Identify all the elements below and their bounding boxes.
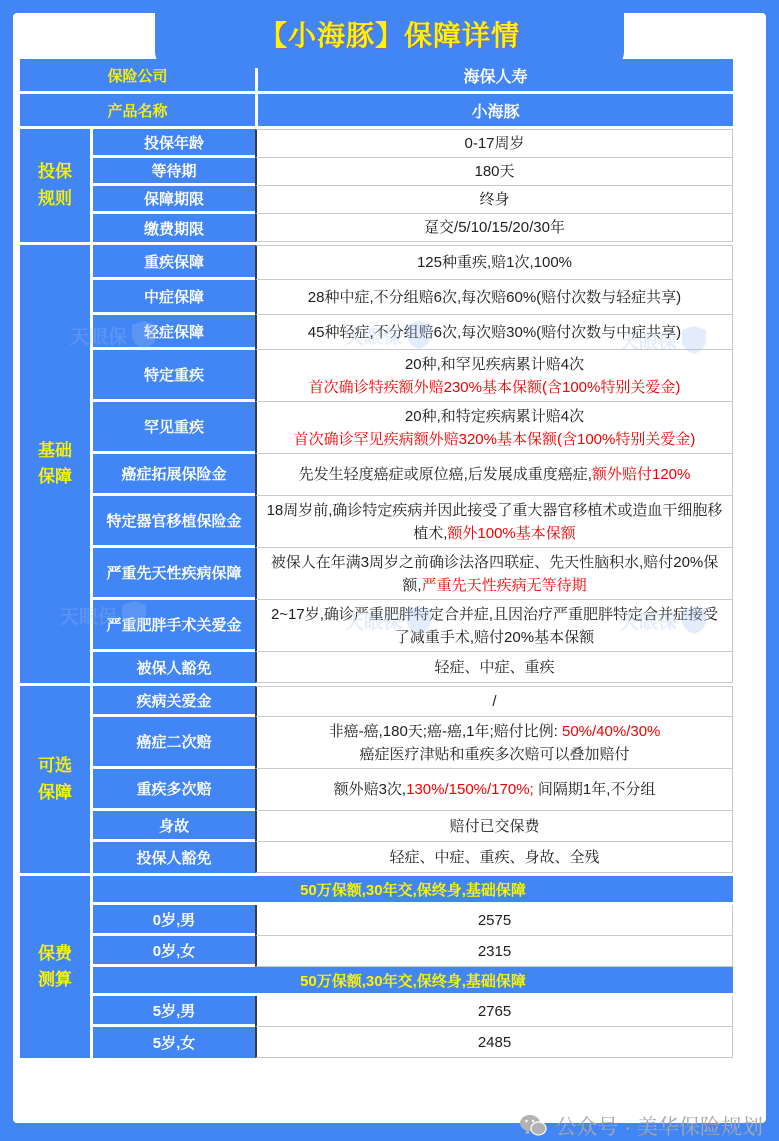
value-line-1: 20种,和特定疾病累计赔4次 [405, 405, 584, 428]
row-label: 重疾保障 [93, 245, 255, 280]
table-row-organ-transplant: 特定器官移植保险金 18周岁前,确诊特定疾病并因此接受了重大器官移植术或造血干细… [93, 496, 733, 548]
row-value: 额外赔3次,130%/150%/170%; 间隔期1年,不分组 [255, 769, 733, 811]
value-line-1: 非癌-癌,180天;癌-癌,1年;赔付比例: 50%/40%/30% [329, 720, 661, 743]
premium-config-text: 50万保额,30年交,保终身,基础保障 [93, 876, 733, 905]
row-label: 被保人豁免 [93, 652, 255, 683]
row-label: 特定器官移植保险金 [93, 496, 255, 548]
product-row: 产品名称 小海豚 [20, 94, 733, 126]
row-value: 非癌-癌,180天;癌-癌,1年;赔付比例: 50%/40%/30% 癌症医疗津… [255, 717, 733, 769]
table-row-premium-5m: 5岁,男 2765 [93, 996, 733, 1027]
row-label: 轻症保障 [93, 315, 255, 350]
premium-value: 2315 [255, 936, 733, 967]
page-title-banner: 【小海豚】保障详情 [155, 0, 624, 68]
table-row-premium-5f: 5岁,女 2485 [93, 1027, 733, 1058]
footer-credit: 公众号 · 美华保险规划 [519, 1111, 763, 1141]
row-value: / [255, 686, 733, 717]
row-label: 保障期限 [93, 186, 255, 214]
detail-table: 保险公司 海保人寿 产品名称 小海豚 投保规则 投保年龄 0-17周岁 等待期 … [20, 59, 733, 1061]
row-value: 20种,和罕见疾病累计赔4次 首次确诊特疾额外赔230%基本保额(含100%特别… [255, 350, 733, 402]
row-label: 投保年龄 [93, 129, 255, 158]
table-row-moderate-illness: 中症保障 28种中症,不分组赔6次,每次赔60%(赔付次数与轻症共享) [93, 280, 733, 315]
row-value: 被保人在年满3周岁之前确诊法洛四联症、先天性脑积水,赔付20%保额,严重先天性疾… [255, 548, 733, 600]
table-row-policyholder-waiver: 投保人豁免 轻症、中症、重疾、身故、全残 [93, 842, 733, 873]
section-application-rules: 投保规则 投保年龄 0-17周岁 等待期 180天 保障期限 终身 缴费期限 趸… [20, 129, 733, 242]
footer-text: 公众号 · 美华保险规划 [555, 1111, 763, 1141]
row-value: 18周岁前,确诊特定疾病并因此接受了重大器官移植术或造血干细胞移植术,额外100… [255, 496, 733, 548]
value-highlight: 额外100%基本保额 [447, 525, 575, 542]
page: { "title": "【小海豚】保障详情", "colors": { "acc… [0, 0, 779, 1141]
premium-config-text: 50万保额,30年交,保终身,基础保障 [93, 967, 733, 996]
row-value: 2~17岁,确诊严重肥胖特定合并症,且因治疗严重肥胖特定合并症接受了减重手术,赔… [255, 600, 733, 652]
section-optional-coverage: 可选保障 疾病关爱金 / 癌症二次赔 非癌-癌,180天;癌-癌,1年;赔付比例… [20, 686, 733, 873]
table-row-insured-age: 投保年龄 0-17周岁 [93, 129, 733, 158]
product-value: 小海豚 [258, 94, 733, 126]
table-row-critical-multi-payout: 重疾多次赔 额外赔3次,130%/150%/170%; 间隔期1年,不分组 [93, 769, 733, 811]
row-label: 癌症二次赔 [93, 717, 255, 769]
value-line-2: 癌症医疗津贴和重疾多次赔可以叠加赔付 [359, 743, 629, 766]
row-label: 严重肥胖手术关爱金 [93, 600, 255, 652]
table-row-death-benefit: 身故 赔付已交保费 [93, 811, 733, 842]
row-value: 终身 [255, 186, 733, 214]
value-text: 先发生轻度癌症或原位癌,后发展成重度癌症, [299, 466, 592, 483]
value-line-2-highlight: 首次确诊特疾额外赔230%基本保额(含100%特别关爱金) [309, 376, 681, 399]
row-value: 180天 [255, 158, 733, 186]
row-value: 0-17周岁 [255, 129, 733, 158]
table-row-payment-term: 缴费期限 趸交/5/10/15/20/30年 [93, 214, 733, 242]
row-label: 投保人豁免 [93, 842, 255, 873]
row-label: 特定重疾 [93, 350, 255, 402]
row-label: 5岁,女 [93, 1027, 255, 1058]
table-row-insured-waiver: 被保人豁免 轻症、中症、重疾 [93, 652, 733, 683]
row-value: 20种,和特定疾病累计赔4次 首次确诊罕见疾病额外赔320%基本保额(含100%… [255, 402, 733, 454]
page-title: 【小海豚】保障详情 [259, 14, 520, 54]
row-value: 28种中症,不分组赔6次,每次赔60%(赔付次数与轻症共享) [255, 280, 733, 315]
row-label: 等待期 [93, 158, 255, 186]
premium-config-band-2: 50万保额,30年交,保终身,基础保障 [93, 967, 733, 996]
group-label-basic-coverage: 基础保障 [20, 245, 90, 683]
table-row-waiting-period: 等待期 180天 [93, 158, 733, 186]
row-label: 缴费期限 [93, 214, 255, 242]
table-row-premium-0m: 0岁,男 2575 [93, 905, 733, 936]
row-label: 0岁,女 [93, 936, 255, 967]
row-label: 癌症拓展保险金 [93, 454, 255, 496]
value-line-1: 20种,和罕见疾病累计赔4次 [405, 353, 584, 376]
premium-value: 2765 [255, 996, 733, 1027]
table-row-specified-critical: 特定重疾 20种,和罕见疾病累计赔4次 首次确诊特疾额外赔230%基本保额(含1… [93, 350, 733, 402]
row-value: 轻症、中症、重疾、身故、全残 [255, 842, 733, 873]
value-highlight: 额外赔付120% [592, 466, 690, 483]
table-row-mild-illness: 轻症保障 45种轻症,不分组赔6次,每次赔30%(赔付次数与中症共享) [93, 315, 733, 350]
row-value: 先发生轻度癌症或原位癌,后发展成重度癌症,额外赔付120% [255, 454, 733, 496]
row-value: 趸交/5/10/15/20/30年 [255, 214, 733, 242]
group-label-application-rules: 投保规则 [20, 129, 90, 242]
section-premium-calculation: 保费测算 50万保额,30年交,保终身,基础保障 0岁,男 2575 0岁,女 … [20, 876, 733, 1058]
value-highlight: 严重先天性疾病无等待期 [422, 577, 587, 594]
row-label: 严重先天性疾病保障 [93, 548, 255, 600]
value-line-2-highlight: 首次确诊罕见疾病额外赔320%基本保额(含100%特别关爱金) [294, 428, 696, 451]
row-value: 赔付已交保费 [255, 811, 733, 842]
row-value: 45种轻症,不分组赔6次,每次赔30%(赔付次数与中症共享) [255, 315, 733, 350]
row-label: 身故 [93, 811, 255, 842]
value-highlight: 50%/40%/30% [562, 723, 660, 740]
row-label: 5岁,男 [93, 996, 255, 1027]
premium-config-band-1: 50万保额,30年交,保终身,基础保障 [93, 876, 733, 905]
table-row-coverage-term: 保障期限 终身 [93, 186, 733, 214]
row-value: 轻症、中症、重疾 [255, 652, 733, 683]
group-label-premium-calculation: 保费测算 [20, 876, 90, 1058]
row-label: 中症保障 [93, 280, 255, 315]
table-row-cancer-extension: 癌症拓展保险金 先发生轻度癌症或原位癌,后发展成重度癌症,额外赔付120% [93, 454, 733, 496]
row-label: 罕见重疾 [93, 402, 255, 454]
value-highlight: 130%/150%/170%; [406, 781, 534, 798]
section-basic-coverage: 基础保障 重疾保障 125种重疾,赔1次,100% 中症保障 28种中症,不分组… [20, 245, 733, 683]
row-value: 125种重疾,赔1次,100% [255, 245, 733, 280]
row-label: 重疾多次赔 [93, 769, 255, 811]
group-label-optional-coverage: 可选保障 [20, 686, 90, 873]
row-label: 疾病关爱金 [93, 686, 255, 717]
table-row-rare-critical: 罕见重疾 20种,和特定疾病累计赔4次 首次确诊罕见疾病额外赔320%基本保额(… [93, 402, 733, 454]
premium-value: 2485 [255, 1027, 733, 1058]
wechat-icon [519, 1114, 547, 1138]
table-row-premium-0f: 0岁,女 2315 [93, 936, 733, 967]
product-label: 产品名称 [20, 94, 255, 126]
table-row-critical-illness: 重疾保障 125种重疾,赔1次,100% [93, 245, 733, 280]
table-row-cancer-second-payout: 癌症二次赔 非癌-癌,180天;癌-癌,1年;赔付比例: 50%/40%/30%… [93, 717, 733, 769]
table-row-disease-care-fund: 疾病关爱金 / [93, 686, 733, 717]
row-label: 0岁,男 [93, 905, 255, 936]
premium-value: 2575 [255, 905, 733, 936]
table-row-obesity-surgery: 严重肥胖手术关爱金 2~17岁,确诊严重肥胖特定合并症,且因治疗严重肥胖特定合并… [93, 600, 733, 652]
table-row-congenital-disease: 严重先天性疾病保障 被保人在年满3周岁之前确诊法洛四联症、先天性脑积水,赔付20… [93, 548, 733, 600]
